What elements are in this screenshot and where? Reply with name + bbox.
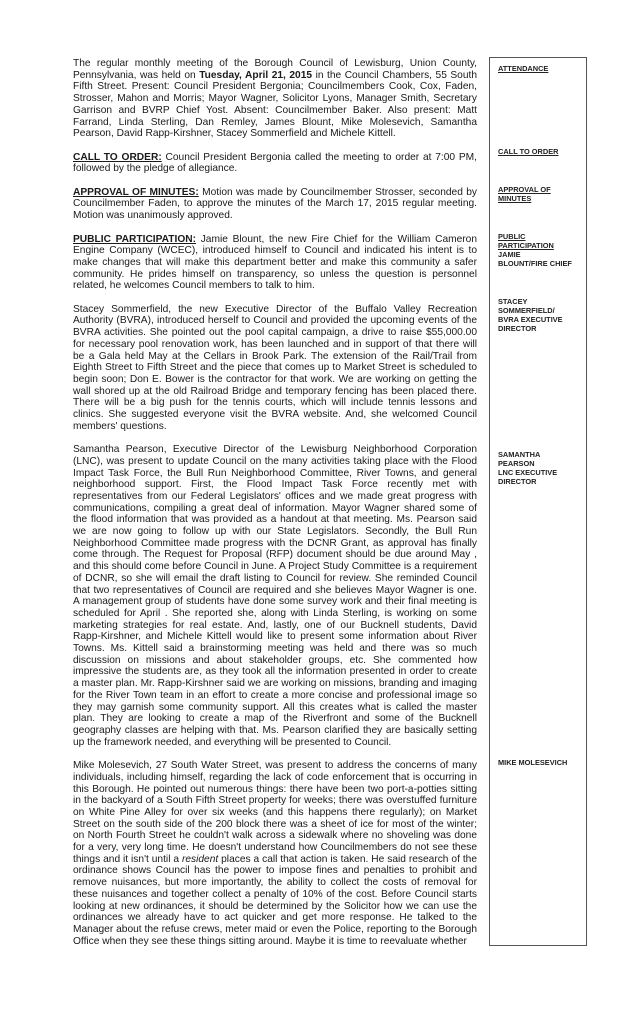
label-approval: APPROVAL OF MINUTES: [498, 185, 586, 203]
molesevich-paragraph: Mike Molesevich, 27 South Water Street, …: [73, 760, 477, 947]
approval-paragraph: APPROVAL OF MINUTES: Motion was made by …: [73, 187, 477, 222]
label-attendance-text: ATTENDANCE: [498, 64, 586, 73]
label-public-line1: PUBLIC: [498, 232, 586, 241]
public-participation-paragraph: PUBLIC PARTICIPATION: Jamie Blount, the …: [73, 234, 477, 293]
label-call-to-order-text: CALL TO ORDER: [498, 147, 586, 156]
label-public-participation: PUBLIC PARTICIPATION JAMIE BLOUNT/FIRE C…: [498, 232, 586, 268]
label-molesevich: MIKE MOLESEVICH: [498, 758, 586, 767]
meeting-date: Tuesday, April 21, 2015: [199, 70, 312, 81]
molesevich-text-cont: places a call that action is taken. He s…: [73, 854, 477, 947]
pearson-paragraph: Samantha Pearson, Executive Director of …: [73, 444, 477, 748]
molesevich-text: Mike Molesevich, 27 South Water Street, …: [73, 760, 477, 865]
label-stacey-line1: STACEY: [498, 297, 586, 306]
resident-emphasis: resident: [182, 854, 218, 865]
label-mike-text: MIKE MOLESEVICH: [498, 758, 586, 767]
label-stacey-line3: BVRA EXECUTIVE: [498, 315, 586, 324]
approval-heading: APPROVAL OF MINUTES:: [73, 187, 199, 198]
label-call-to-order: CALL TO ORDER: [498, 147, 586, 156]
label-attendance: ATTENDANCE: [498, 64, 586, 73]
sommerfield-paragraph: Stacey Sommerfield, the new Executive Di…: [73, 304, 477, 433]
label-samantha-line2: PEARSON: [498, 459, 586, 468]
minutes-body: The regular monthly meeting of the Borou…: [73, 58, 477, 959]
public-participation-heading: PUBLIC PARTICIPATION:: [73, 234, 196, 245]
label-public-line4: BLOUNT/FIRE CHIEF: [498, 259, 586, 268]
label-approval-line1: APPROVAL OF: [498, 185, 586, 194]
label-public-line3: JAMIE: [498, 250, 586, 259]
call-to-order-heading: CALL TO ORDER:: [73, 152, 162, 163]
label-samantha-line1: SAMANTHA: [498, 450, 586, 459]
label-pearson: SAMANTHA PEARSON LNC EXECUTIVE DIRECTOR: [498, 450, 586, 486]
call-to-order-paragraph: CALL TO ORDER: Council President Bergoni…: [73, 152, 477, 175]
attendance-paragraph: The regular monthly meeting of the Borou…: [73, 58, 477, 140]
label-samantha-line3: LNC EXECUTIVE: [498, 468, 586, 477]
label-public-line2: PARTICIPATION: [498, 241, 586, 250]
margin-topic-box: ATTENDANCE CALL TO ORDER APPROVAL OF MIN…: [489, 57, 587, 946]
label-approval-line2: MINUTES: [498, 194, 586, 203]
label-stacey-line4: DIRECTOR: [498, 324, 586, 333]
label-sommerfield: STACEY SOMMERFIELD/ BVRA EXECUTIVE DIREC…: [498, 297, 586, 333]
label-stacey-line2: SOMMERFIELD/: [498, 306, 586, 315]
label-samantha-line4: DIRECTOR: [498, 477, 586, 486]
